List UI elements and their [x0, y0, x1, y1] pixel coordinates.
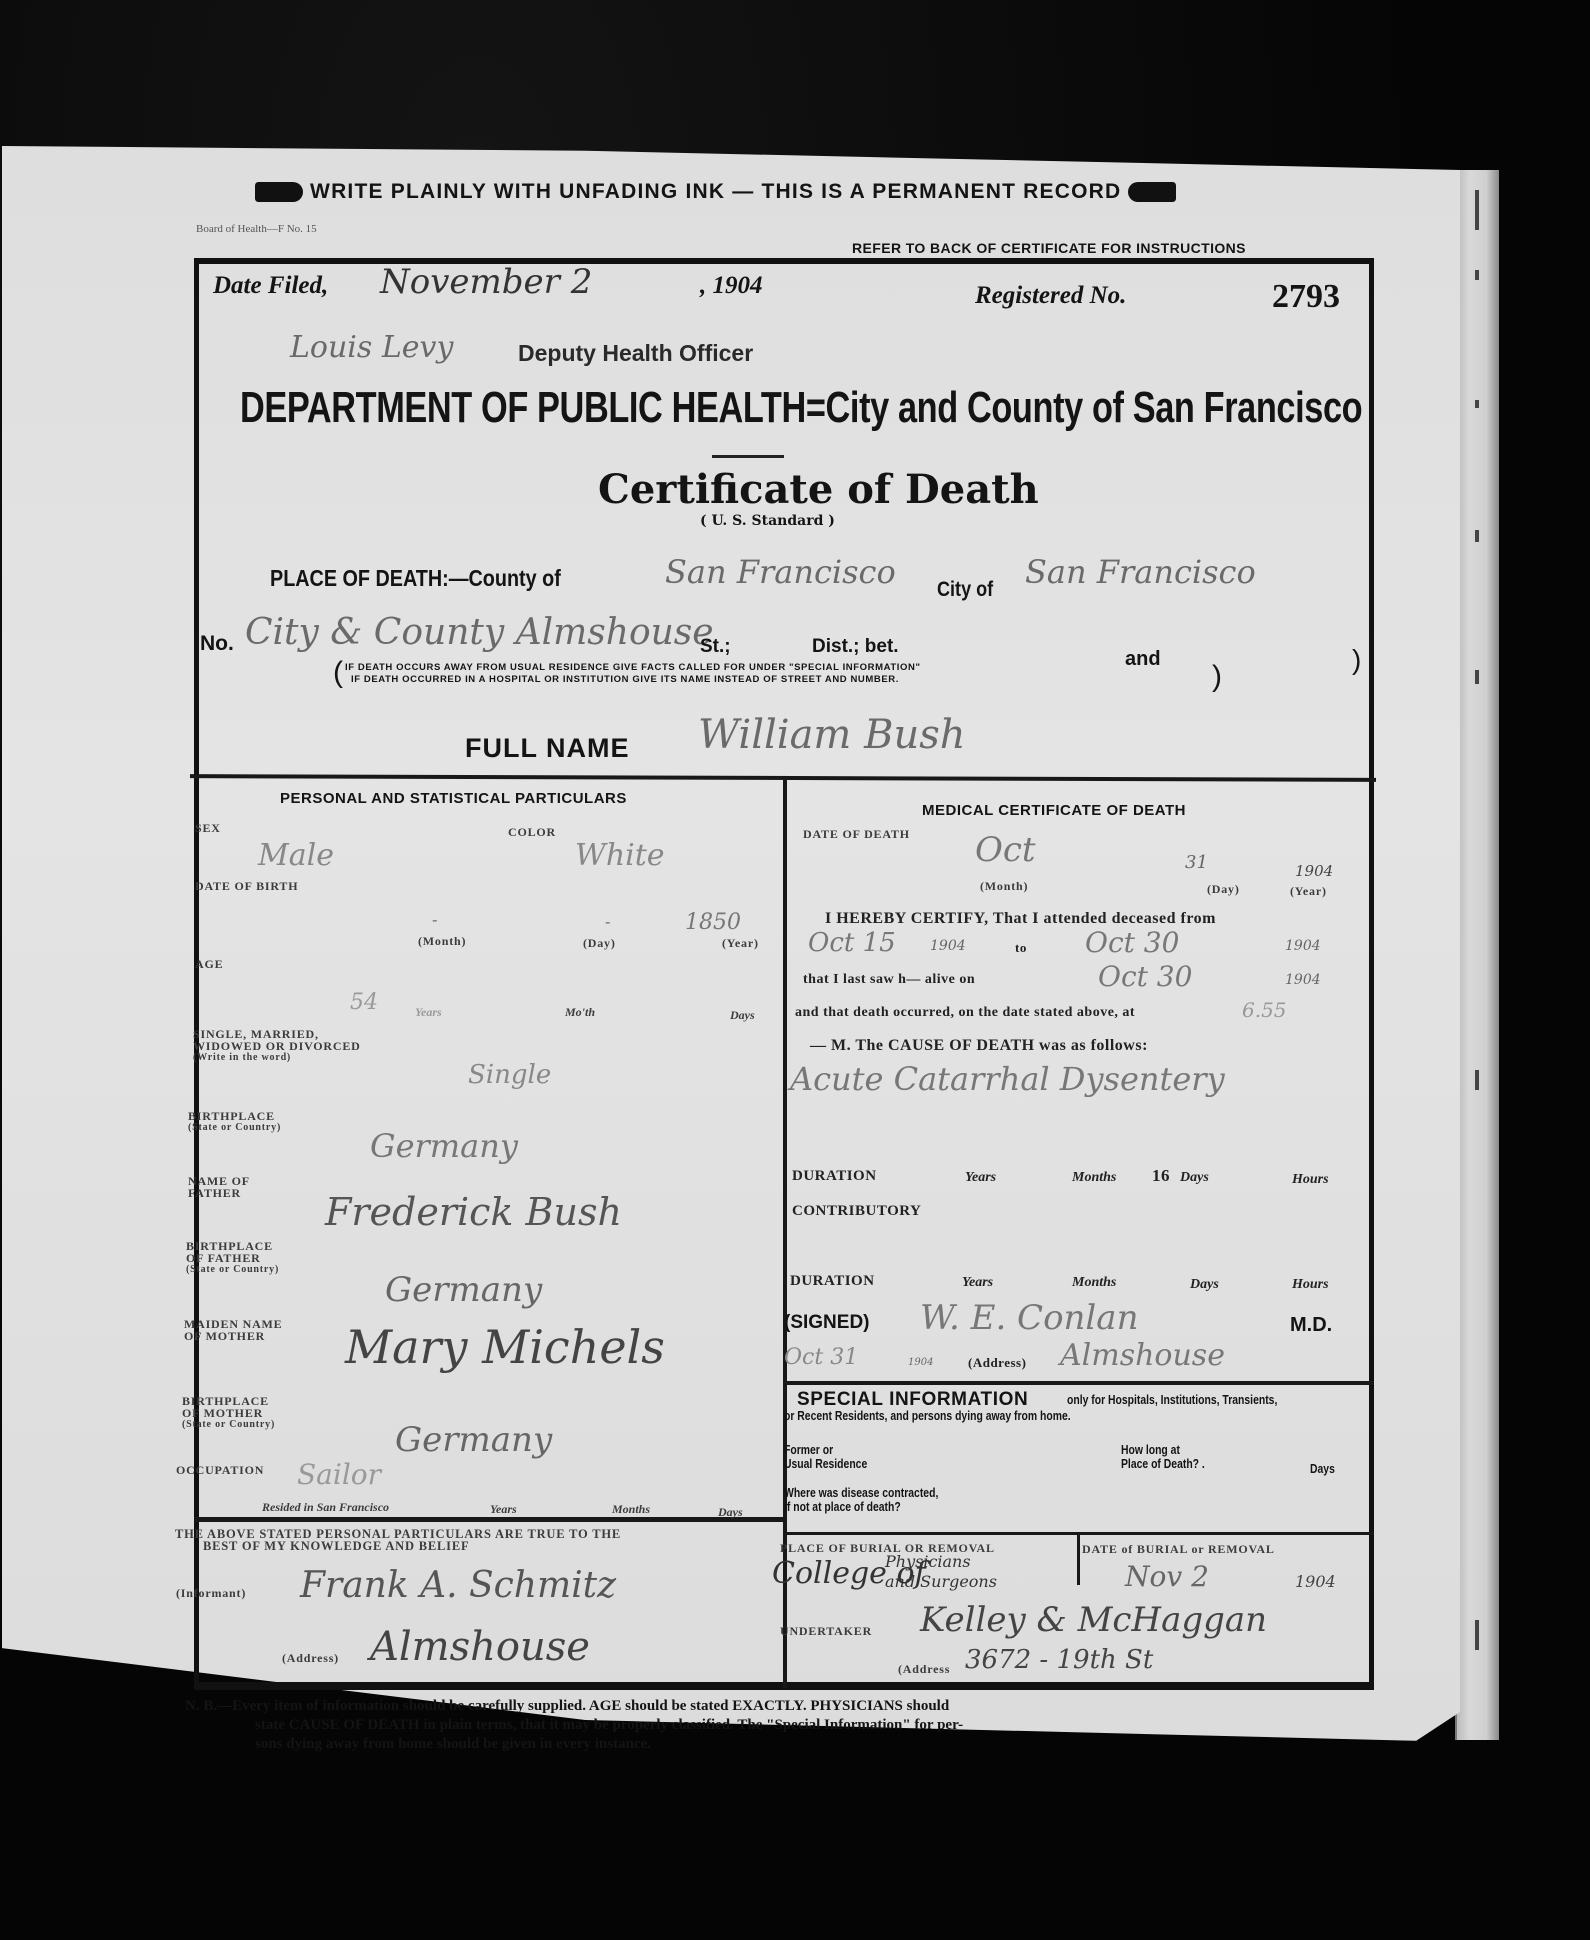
- burial-date-label: DATE of BURIAL or REMOVAL: [1082, 1543, 1275, 1555]
- dob-day: -: [605, 912, 610, 931]
- duration-years-label: Years: [965, 1170, 996, 1186]
- sex-value: Male: [258, 838, 334, 873]
- marital-value: Single: [468, 1060, 551, 1090]
- officer-title: Deputy Health Officer: [518, 340, 753, 367]
- duration-hours-label: Hours: [1292, 1172, 1329, 1188]
- footnote-line2: state CAUSE OF DEATH in plain terms, tha…: [185, 1716, 1285, 1735]
- father-label-line2: FATHER: [188, 1187, 250, 1199]
- contributory-label: CONTRIBUTORY: [792, 1203, 921, 1220]
- former-residence-label: Former or Usual Residence: [784, 1443, 867, 1471]
- attended-to-year: 1904: [1285, 938, 1321, 954]
- and-label: and: [1125, 648, 1161, 671]
- marital-label-line3: (Write in the word): [193, 1052, 361, 1064]
- dob-label: DATE OF BIRTH: [195, 880, 298, 892]
- former-label-line1: Former or: [784, 1443, 867, 1457]
- last-saw-text: that I last saw h— alive on: [803, 972, 975, 988]
- cause-of-death: Acute Catarrhal Dysentery: [790, 1060, 1225, 1098]
- date-filed-label: Date Filed,: [213, 272, 328, 300]
- burial-date: Nov 2: [1125, 1560, 1209, 1593]
- form-id: Board of Health—F No. 15: [196, 223, 317, 235]
- time-of-death: 6.55: [1242, 998, 1287, 1022]
- date-of-death-year: 1904: [1295, 862, 1333, 880]
- resided-months-label: Months: [612, 1502, 650, 1517]
- md-label: M.D.: [1290, 1314, 1332, 1337]
- residence-note: IF DEATH OCCURS AWAY FROM USUAL RESIDENC…: [345, 662, 921, 686]
- department-title: DEPARTMENT OF PUBLIC HEALTH=City and Cou…: [240, 383, 1362, 433]
- paren-close-outer: ): [1352, 644, 1361, 676]
- last-saw-date: Oct 30: [1098, 960, 1192, 993]
- signed-label: (SIGNED): [784, 1312, 870, 1334]
- informant-address-label: (Address): [282, 1652, 339, 1664]
- resided-days-label: Days: [718, 1505, 743, 1520]
- birthplace-label: BIRTHPLACE (State or Country): [188, 1110, 281, 1134]
- father-bp-label-line3: (State or Country): [186, 1264, 279, 1276]
- burial-divider: [1077, 1535, 1080, 1585]
- color-label: COLOR: [508, 826, 556, 838]
- signed-year: 1904: [908, 1357, 933, 1368]
- certificate-title: Certificate of Death: [598, 466, 1039, 513]
- undertaker-value: Kelley & McHaggan: [920, 1600, 1267, 1640]
- residence-note-line1: IF DEATH OCCURS AWAY FROM USUAL RESIDENC…: [345, 662, 921, 674]
- father-value: Frederick Bush: [325, 1190, 622, 1234]
- former-label-line2: Usual Residence: [784, 1457, 867, 1471]
- informant-label: (Informant): [176, 1587, 246, 1599]
- undertaker-label: UNDERTAKER: [780, 1625, 872, 1637]
- mother-value: Mary Michels: [345, 1320, 665, 1374]
- birthplace-label-line1: BIRTHPLACE: [188, 1110, 281, 1122]
- duration-label: DURATION: [792, 1168, 877, 1185]
- burial-place-line2-bottom: and Surgeons: [885, 1572, 997, 1591]
- duration-days: 16: [1152, 1166, 1170, 1186]
- informant-address: Almshouse: [370, 1624, 590, 1670]
- occupation-value: Sailor: [297, 1458, 381, 1491]
- contracted-label-line2: if not at place of death?: [784, 1500, 938, 1514]
- city-label: City of: [937, 578, 993, 602]
- registered-no: 2793: [1272, 278, 1340, 316]
- dob-day-label: (Day): [583, 937, 616, 949]
- burial-place-line2-top: Physicians: [885, 1552, 971, 1571]
- resided-years-label: Years: [490, 1502, 517, 1517]
- banner: WRITE PLAINLY WITH UNFADING INK — THIS I…: [255, 180, 1176, 204]
- full-name-label: FULL NAME: [465, 733, 630, 764]
- cause-text: — M. The CAUSE OF DEATH was as follows:: [810, 1037, 1148, 1055]
- physician-signature: W. E. Conlan: [920, 1298, 1138, 1338]
- how-long-days-label: Days: [1310, 1462, 1335, 1476]
- duration-days-label: Days: [1180, 1170, 1209, 1186]
- informant-value: Frank A. Schmitz: [300, 1565, 616, 1606]
- full-name-value: William Bush: [698, 712, 966, 758]
- duration2-years-label: Years: [962, 1275, 993, 1291]
- father-label: NAME OF FATHER: [188, 1175, 250, 1199]
- medical-heading: MEDICAL CERTIFICATE OF DEATH: [922, 802, 1186, 819]
- street-no-value: City & County Almshouse: [245, 612, 714, 653]
- resided-label: Resided in San Francisco: [262, 1500, 389, 1515]
- footnote: N. B.—Every item of information should b…: [185, 1697, 1285, 1754]
- refer-instructions: REFER TO BACK OF CERTIFICATE FOR INSTRUC…: [852, 240, 1246, 256]
- attended-to: Oct 30: [1085, 926, 1179, 959]
- contracted-label: Where was disease contracted, if not at …: [784, 1486, 938, 1514]
- personal-heading: PERSONAL AND STATISTICAL PARTICULARS: [280, 790, 627, 807]
- footnote-line3: sons dying away from home should be give…: [185, 1735, 1285, 1754]
- undertaker-address: 3672 - 19th St: [965, 1645, 1153, 1675]
- duration2-days-label: Days: [1190, 1277, 1219, 1293]
- signed-date: Oct 31: [784, 1345, 858, 1370]
- how-long-label: How long at Place of Death? .: [1121, 1443, 1205, 1471]
- place-of-death-county: San Francisco: [665, 553, 896, 591]
- special-divider: [787, 1532, 1374, 1535]
- date-of-death-day: 31: [1185, 852, 1208, 873]
- burial-date-year: 1904: [1295, 1572, 1336, 1591]
- footnote-line1: N. B.—Every item of information should b…: [185, 1697, 1285, 1716]
- residence-note-line2: IF DEATH OCCURRED IN A HOSPITAL OR INSTI…: [345, 674, 921, 686]
- informant-statement: THE ABOVE STATED PERSONAL PARTICULARS AR…: [175, 1528, 621, 1552]
- special-note-2: or Recent Residents, and persons dying a…: [784, 1409, 1071, 1423]
- mother-bp-label-line3: (State or Country): [182, 1419, 275, 1431]
- age-years-label: Years: [415, 1005, 442, 1020]
- father-birthplace-label: BIRTHPLACE OF FATHER (State or Country): [186, 1240, 279, 1276]
- mother-label: MAIDEN NAME OF MOTHER: [184, 1318, 282, 1342]
- attended-from-year: 1904: [930, 938, 966, 954]
- informant-statement-line2: BEST OF MY KNOWLEDGE AND BELIEF: [175, 1540, 621, 1552]
- how-long-label-line2: Place of Death? .: [1121, 1457, 1205, 1471]
- dod-day-label: (Day): [1207, 883, 1240, 895]
- place-of-death-city: San Francisco: [1025, 553, 1256, 591]
- date-filed-year: , 1904: [700, 272, 763, 300]
- banner-text: WRITE PLAINLY WITH UNFADING INK — THIS I…: [310, 180, 1121, 203]
- physician-address: Almshouse: [1060, 1338, 1225, 1373]
- sex-label: SEX: [195, 822, 221, 834]
- to-label: to: [1015, 940, 1027, 956]
- paren-close: ): [1212, 660, 1222, 694]
- dob-month: -: [432, 910, 437, 929]
- duration2-hours-label: Hours: [1292, 1277, 1329, 1293]
- mother-birthplace-label: BIRTHPLACE OF MOTHER (State or Country): [182, 1395, 275, 1431]
- undertaker-address-label: (Address: [898, 1663, 950, 1675]
- color-value: White: [575, 838, 665, 873]
- last-saw-year: 1904: [1285, 972, 1321, 988]
- special-note-1: only for Hospitals, Institutions, Transi…: [1067, 1393, 1277, 1407]
- age-months-label: Mo'th: [565, 1005, 595, 1020]
- paren-open: (: [333, 656, 343, 690]
- contracted-label-line1: Where was disease contracted,: [784, 1486, 938, 1500]
- dod-year-label: (Year): [1290, 885, 1327, 897]
- father-birthplace-value: Germany: [385, 1270, 542, 1310]
- age-days-label: Days: [730, 1008, 755, 1023]
- duration-label-2: DURATION: [790, 1273, 875, 1290]
- occurred-text: and that death occurred, on the date sta…: [795, 1005, 1135, 1021]
- attended-from: Oct 15: [808, 928, 896, 958]
- date-of-death-month: Oct: [975, 830, 1036, 870]
- birthplace-value: Germany: [370, 1127, 518, 1165]
- mother-bp-label-line2: OF MOTHER: [182, 1407, 275, 1419]
- place-of-death-label: PLACE OF DEATH:—County of: [270, 565, 561, 592]
- birthplace-label-line2: (State or Country): [188, 1122, 281, 1134]
- personal-divider: [194, 1517, 783, 1522]
- how-long-label-line1: How long at: [1121, 1443, 1205, 1457]
- duration-months-label: Months: [1072, 1170, 1116, 1186]
- officer-signature: Louis Levy: [290, 330, 453, 365]
- district-label: Dist.; bet.: [812, 636, 899, 658]
- age-label: AGE: [195, 958, 223, 970]
- date-filed-value: November 2: [380, 262, 592, 302]
- mother-birthplace-value: Germany: [395, 1420, 552, 1460]
- medical-divider: [787, 1381, 1374, 1385]
- marital-label: SINGLE, MARRIED, WIDOWED OR DIVORCED (Wr…: [193, 1028, 361, 1064]
- pointing-hand-icon: [255, 182, 303, 202]
- dob-year-label: (Year): [722, 937, 759, 949]
- dob-year: 1850: [685, 910, 741, 935]
- certificate-standard: ( U. S. Standard ): [700, 513, 835, 529]
- marital-label-line2: WIDOWED OR DIVORCED: [193, 1040, 361, 1052]
- registered-no-label: Registered No.: [975, 282, 1126, 310]
- date-of-death-label: DATE OF DEATH: [803, 828, 910, 840]
- dob-month-label: (Month): [418, 935, 466, 947]
- dod-month-label: (Month): [980, 880, 1028, 892]
- age-years: 54: [350, 990, 378, 1015]
- street-no-label: No.: [200, 632, 234, 656]
- duration2-months-label: Months: [1072, 1275, 1116, 1291]
- physician-address-label: (Address): [968, 1355, 1026, 1371]
- occupation-label: OCCUPATION: [176, 1464, 264, 1476]
- pointing-hand-icon: [1128, 182, 1176, 202]
- street-label: St.;: [700, 636, 731, 658]
- title-divider: [712, 455, 784, 458]
- book-page-edge: [1455, 170, 1499, 1740]
- mother-label-line2: OF MOTHER: [184, 1330, 282, 1342]
- father-bp-label-line2: OF FATHER: [186, 1252, 279, 1264]
